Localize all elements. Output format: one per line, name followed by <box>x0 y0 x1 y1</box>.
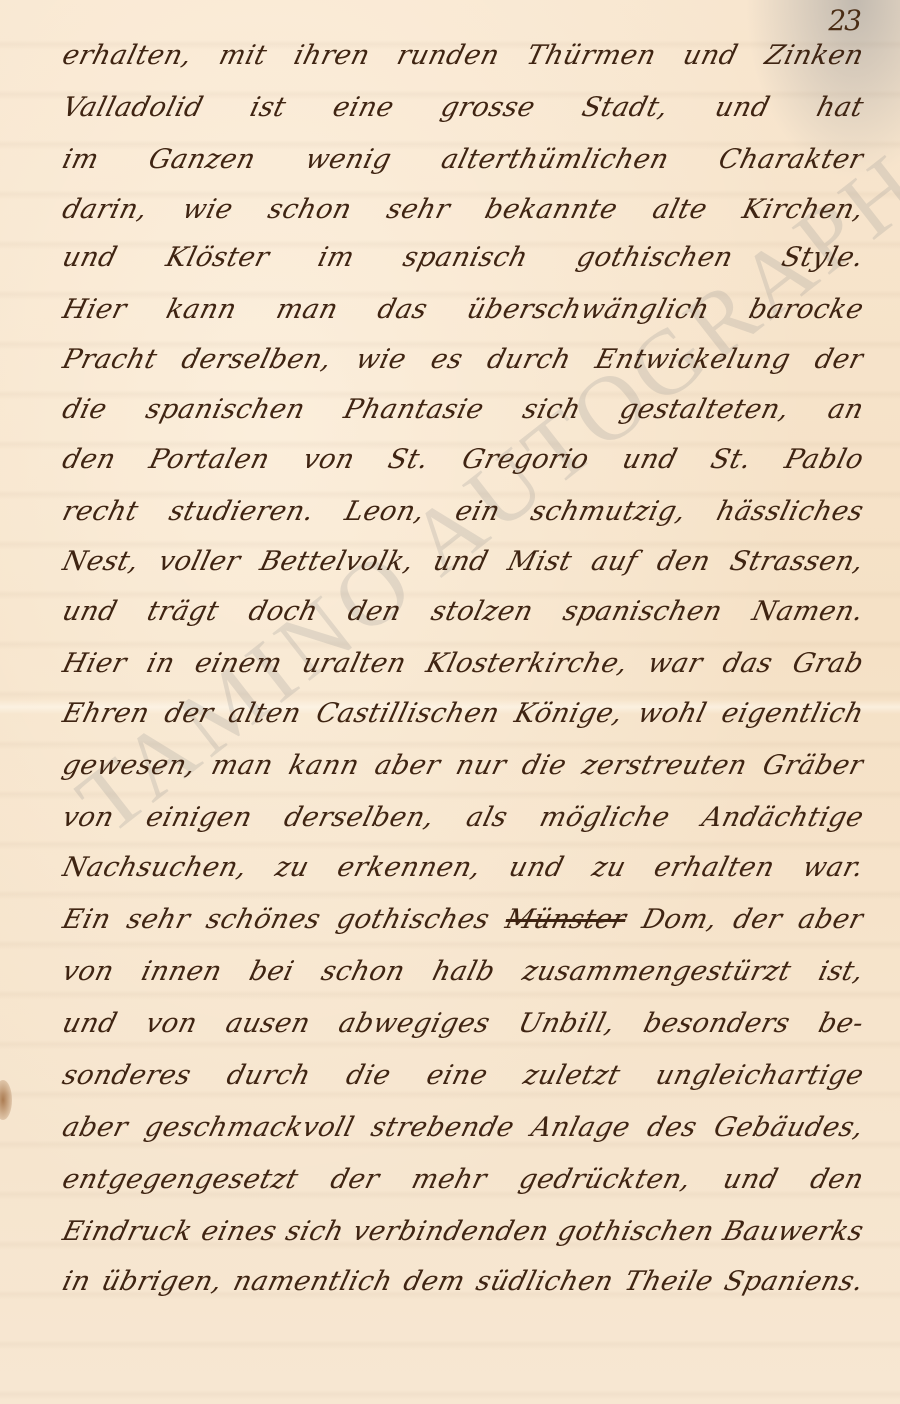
text-line: von innen bei schon halb zusammengestürz… <box>57 956 867 996</box>
text-line: Hier kann man das überschwänglich barock… <box>57 294 867 334</box>
text-line: recht studieren. Leon, ein schmutzig, hä… <box>57 496 867 536</box>
text-line: aber geschmackvoll strebende Anlage des … <box>57 1112 867 1152</box>
text-line: den Portalen von St. Gregorio und St. Pa… <box>57 444 867 484</box>
page-number: 23 <box>828 4 860 37</box>
text-line: darin, wie schon sehr bekannte alte Kirc… <box>57 194 867 234</box>
text-line: Nachsuchen, zu erkennen, und zu erhalten… <box>57 852 867 892</box>
text-line: Pracht derselben, wie es durch Entwickel… <box>57 344 867 384</box>
text-line: erhalten, mit ihren runden Thürmen und Z… <box>57 40 867 80</box>
text-line: Ehren der alten Castillischen Könige, wo… <box>57 698 867 738</box>
text-line: und von ausen abwegiges Unbill, besonder… <box>57 1008 867 1048</box>
text-line: im Ganzen wenig alterthümlichen Charakte… <box>57 144 867 184</box>
text-line: in übrigen, namentlich dem südlichen The… <box>57 1266 867 1306</box>
text-line: Nest, voller Bettelvolk, und Mist auf de… <box>57 546 867 586</box>
text-line: die spanischen Phantasie sich gestaltete… <box>57 394 867 434</box>
text-line: Hier in einem uralten Klosterkirche, war… <box>57 648 867 688</box>
struck-word: Münster <box>502 904 629 935</box>
text-line: sonderes durch die eine zuletzt ungleich… <box>57 1060 867 1100</box>
text-line: Eindruck eines sich verbindenden gothisc… <box>57 1216 867 1256</box>
text-line: Valladolid ist eine grosse Stadt, und ha… <box>57 92 867 132</box>
text-line: gewesen, man kann aber nur die zerstreut… <box>57 750 867 790</box>
text-line: entgegengesetzt der mehr gedrückten, und… <box>57 1164 867 1204</box>
text-line: Ein sehr schönes gothisches Münster Dom,… <box>57 904 867 944</box>
text-line: und Klöster im spanisch gothischen Style… <box>57 242 867 282</box>
text-line: und trägt doch den stolzen spanischen Na… <box>57 596 867 636</box>
manuscript-page: 23 TAMINO AUTOGRAPHS erhalten, mit ihren… <box>0 0 900 1404</box>
text-line: von einigen derselben, als mögliche Andä… <box>57 802 867 842</box>
